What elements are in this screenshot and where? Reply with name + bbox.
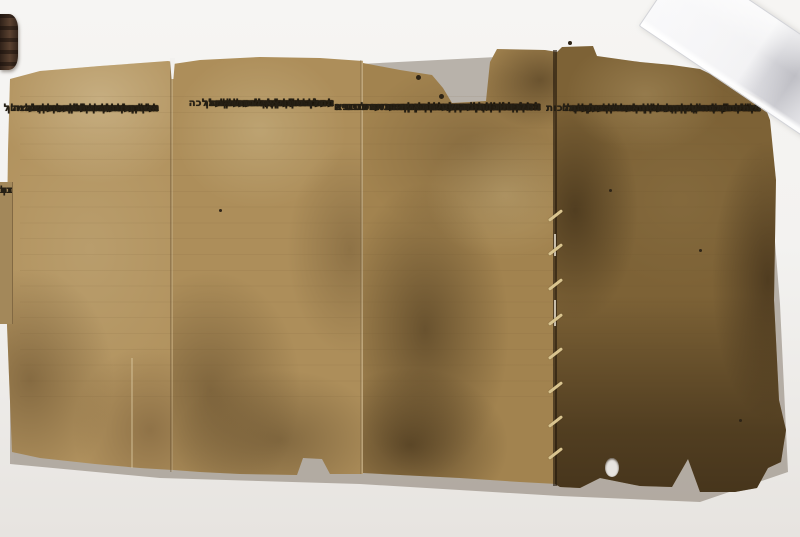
photo-of-hebrew-scroll: מלכות מלפניו ויכתב בדתיפרס ומדי ולא יעבו…: [0, 0, 800, 537]
cut-off-column-sliver: ךהאויבלמדרותא: [0, 182, 13, 324]
scroll-roller-tip: [0, 14, 18, 70]
dark-speck: [699, 249, 702, 252]
text-line: המלך טוב יצא דבר: [242, 96, 334, 112]
parchment-hole: [605, 458, 619, 477]
dark-speck: [219, 209, 222, 212]
fold-crease: [170, 58, 173, 472]
text-line: אשר נגזר עליה: [103, 101, 159, 116]
fold-crease: [360, 60, 363, 474]
text-fragment: א: [0, 182, 8, 198]
dark-speck: [416, 75, 421, 80]
text-line: במלכות כדת מה לעשות: [421, 99, 541, 115]
dark-speck: [609, 189, 612, 192]
fold-crease: [131, 358, 133, 468]
dark-speck: [739, 419, 742, 422]
text-line: ושתי המלכה עשתה משתה נשים בית המלכות: [546, 101, 761, 117]
dark-speck: [568, 41, 572, 45]
seam-gap: [554, 234, 556, 256]
